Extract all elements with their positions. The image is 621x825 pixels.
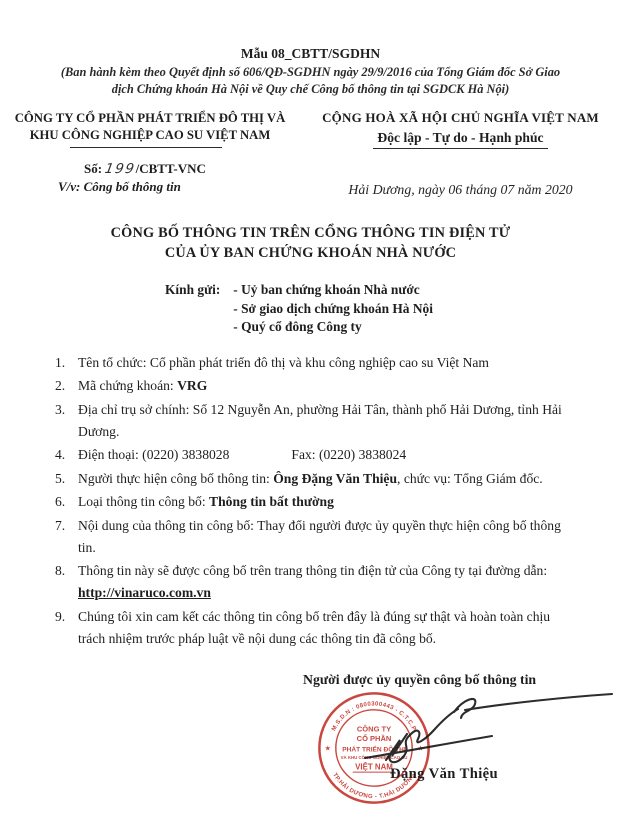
doc-number: Số: 199/CBTT-VNC: [84, 161, 300, 177]
item-number: 1.: [55, 352, 78, 374]
list-item: 7. Nội dung của thông tin công bố: Thay …: [55, 515, 577, 559]
list-item: 1. Tên tổ chức: Cổ phần phát triển đô th…: [55, 352, 577, 374]
recipients-list: - Uỷ ban chứng khoán Nhà nước - Sở giao …: [233, 281, 433, 337]
company-underline: [70, 147, 222, 148]
recipient-item: - Uỷ ban chứng khoán Nhà nước: [233, 281, 433, 300]
letterhead-left: CÔNG TY CỔ PHẦN PHÁT TRIỂN ĐÔ THỊ VÀ KHU…: [0, 110, 300, 198]
national-title: CỘNG HOÀ XÃ HỘI CHỦ NGHĨA VIỆT NAM: [300, 110, 621, 126]
item-number: 9.: [55, 606, 78, 650]
national-motto: Độc lập - Tự do - Hạnh phúc: [373, 130, 547, 149]
ticker-symbol: VRG: [177, 378, 207, 393]
list-item: 6. Loại thông tin công bố: Thông tin bất…: [55, 491, 577, 513]
item-number: 8.: [55, 560, 78, 604]
discloser-name: Ông Đặng Văn Thiệu: [273, 471, 397, 486]
list-item: 3. Địa chỉ trụ sở chính: Số 12 Nguyễn An…: [55, 399, 577, 443]
item-number: 2.: [55, 375, 78, 397]
fax-value: Fax: (0220) 3838024: [291, 447, 406, 462]
letterhead: CÔNG TY CỔ PHẦN PHÁT TRIỂN ĐÔ THỊ VÀ KHU…: [0, 110, 621, 198]
star-icon: ★: [325, 744, 331, 752]
list-item: 5. Người thực hiện công bố thông tin: Ôn…: [55, 468, 577, 490]
document-title: CÔNG BỐ THÔNG TIN TRÊN CỔNG THÔNG TIN ĐI…: [0, 223, 621, 263]
recipient-item: - Quý cổ đông Công ty: [233, 318, 433, 337]
disclosure-type: Thông tin bất thường: [209, 494, 334, 509]
doc-number-label: Số:: [84, 161, 102, 176]
list-item: 9. Chúng tôi xin cam kết các thông tin c…: [55, 606, 577, 650]
scanned-document-page: Mẫu 08_CBTT/SGDHN (Ban hành kèm theo Quy…: [0, 0, 621, 825]
place-date: Hải Dương, ngày 06 tháng 07 năm 2020: [300, 182, 621, 198]
signature-block: Người được ủy quyền công bố thông tin M.…: [0, 668, 621, 825]
item-number: 6.: [55, 491, 78, 513]
item-number: 5.: [55, 468, 78, 490]
recipient-item: - Sở giao dịch chứng khoán Hà Nội: [233, 300, 433, 319]
company-website-url: http://vinaruco.com.vn: [78, 585, 211, 600]
numbered-items: 1. Tên tổ chức: Cổ phần phát triển đô th…: [0, 352, 621, 650]
doc-number-handwritten: 199: [104, 161, 137, 177]
subject-line: V/v: Công bố thông tin: [58, 179, 300, 195]
recipients-block: Kính gửi: - Uỷ ban chứng khoán Nhà nước …: [165, 281, 621, 337]
item-number: 4.: [55, 444, 78, 466]
letterhead-right: CỘNG HOÀ XÃ HỘI CHỦ NGHĨA VIỆT NAM Độc l…: [300, 110, 621, 198]
phone-value: Điện thoại: (0220) 3838028: [78, 447, 229, 462]
doc-number-suffix: /CBTT-VNC: [136, 161, 206, 176]
signer-name: Đặng Văn Thiệu: [390, 766, 498, 783]
list-item: 8. Thông tin này sẽ được công bố trên tr…: [55, 560, 577, 604]
issuance-note: (Ban hành kèm theo Quyết định số 606/QĐ-…: [55, 64, 567, 97]
item-number: 7.: [55, 515, 78, 559]
document-title-line2: CỦA ỦY BAN CHỨNG KHOÁN NHÀ NƯỚC: [0, 243, 621, 263]
form-code: Mẫu 08_CBTT/SGDHN: [0, 0, 621, 62]
list-item: 4. Điện thoại: (0220) 3838028Fax: (0220)…: [55, 444, 577, 466]
item-number: 3.: [55, 399, 78, 443]
document-title-line1: CÔNG BỐ THÔNG TIN TRÊN CỔNG THÔNG TIN ĐI…: [0, 223, 621, 243]
list-item: 2. Mã chứng khoán: VRG: [55, 375, 577, 397]
company-name: CÔNG TY CỔ PHẦN PHÁT TRIỂN ĐÔ THỊ VÀ KHU…: [14, 110, 286, 144]
recipients-label: Kính gửi:: [165, 281, 220, 337]
